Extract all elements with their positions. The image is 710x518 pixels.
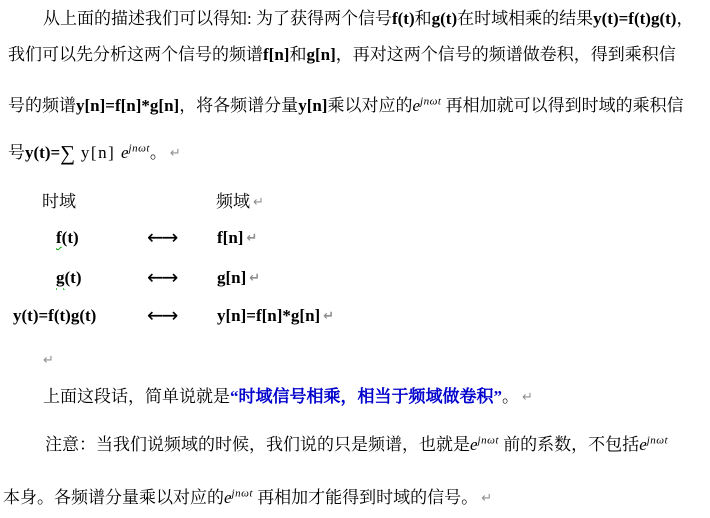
body-text: 上面这段话，简单说就是: [43, 387, 230, 406]
formula-convolution: y[n]=f[n]*g[n]: [76, 96, 179, 115]
body-text: ，将各频谱分量: [179, 96, 298, 115]
paragraph-mark-icon: ↵: [522, 390, 533, 405]
paragraph-1-line-2: 我们可以先分析这两个信号的频谱f[n]和g[n]，再对这两个信号的频谱做卷积，得…: [8, 44, 676, 65]
formula-g-t: g(t): [432, 9, 457, 28]
frequency-domain-header: 频域↵: [216, 191, 264, 212]
body-text: ，: [676, 9, 693, 28]
body-text: 我们可以先分析这两个信号的频谱: [8, 45, 263, 64]
body-text: 再相加就可以得到时域的乘积信: [441, 96, 683, 115]
formula-rest: y(t)=f(t)g(t): [13, 306, 96, 325]
body-text: 前的系数，不包括: [499, 435, 639, 454]
paragraph-mark-icon: ↵: [170, 146, 181, 161]
paragraph-mark-icon: ↵: [323, 309, 334, 324]
body-text: 再相加才能得到时域的信号。: [253, 488, 478, 507]
body-text: 号: [8, 143, 25, 162]
paragraph-mark-icon: ↵: [43, 353, 54, 368]
body-text: 注意：当我们说频域的时候，我们说的只是频谱，也就是: [45, 435, 470, 454]
time-domain-header: 时域: [42, 191, 76, 212]
body-text: 。: [150, 143, 167, 162]
spellcheck-squiggle: g: [56, 268, 65, 287]
header-label: 频域: [216, 192, 250, 211]
table-row: g(t) ←→ g[n]↵: [0, 267, 710, 287]
paragraph-summary: 上面这段话，简单说就是“时域信号相乘，相当于频域做卷积”。↵: [43, 386, 533, 407]
exponent-jnwt: jnωt: [129, 142, 150, 154]
exponent-jnwt: jnωt: [478, 434, 499, 446]
body-text: 在时域相乘的结果: [457, 9, 593, 28]
formula-rest: (t): [65, 268, 82, 287]
paragraph-1-line-3: 号的频谱y[n]=f[n]*g[n]，将各频谱分量y[n]乘以对应的ejnωt …: [8, 95, 684, 116]
formula-y-t-equals: y(t)=: [25, 143, 60, 162]
formula: f[n]: [217, 228, 243, 247]
formula-rest: (t): [62, 228, 79, 247]
equation-y-n: y[n]: [75, 143, 121, 162]
formula-f-n: f[n]: [263, 45, 289, 64]
paragraph-1-line-1: 从上面的描述我们可以得知: 为了获得两个信号f(t)和g(t)在时域相乘的结果y…: [43, 8, 693, 29]
body-text: 号的频谱: [8, 96, 76, 115]
body-text: 和: [415, 9, 432, 28]
time-domain-y: y(t)=f(t)g(t): [13, 305, 96, 326]
frequency-domain-g: g[n]↵: [217, 267, 260, 288]
body-text: 。: [502, 387, 519, 406]
formula-f-t: f(t): [392, 9, 415, 28]
table-row: f(t) ←→ f[n]↵: [0, 227, 710, 247]
time-domain-g: g(t): [56, 267, 81, 288]
formula-y-n: y[n]: [298, 96, 327, 115]
document-page: 从上面的描述我们可以得知: 为了获得两个信号f(t)和g(t)在时域相乘的结果y…: [0, 0, 710, 518]
euler-e: e: [639, 435, 647, 454]
formula-y-eq: y(t)=f(t)g(t): [593, 9, 676, 28]
paragraph-mark-icon: ↵: [249, 271, 260, 286]
highlighted-statement: “时域信号相乘，相当于频域做卷积”: [230, 387, 502, 406]
empty-paragraph: ↵: [40, 349, 54, 370]
time-domain-f: f(t): [56, 227, 79, 248]
exponent-jnwt: jnωt: [420, 95, 441, 107]
euler-e: e: [121, 143, 129, 162]
formula: y[n]=f[n]*g[n]: [217, 306, 320, 325]
bidirectional-arrow-icon: ←→: [147, 265, 177, 290]
paragraph-mark-icon: ↵: [253, 195, 264, 210]
euler-e: e: [224, 488, 232, 507]
body-text: 从上面的描述我们可以得知: 为了获得两个信号: [43, 9, 392, 28]
bidirectional-arrow-icon: ←→: [147, 225, 177, 250]
body-text: 和: [289, 45, 306, 64]
table-row: y(t)=f(t)g(t) ←→ y[n]=f[n]*g[n]↵: [0, 305, 710, 325]
frequency-domain-y: y[n]=f[n]*g[n]↵: [217, 305, 334, 326]
bidirectional-arrow-icon: ←→: [147, 303, 177, 328]
formula: g[n]: [217, 268, 246, 287]
sigma-sum-symbol: ∑: [60, 141, 75, 165]
paragraph-note-line-1: 注意：当我们说频域的时候，我们说的只是频谱，也就是ejnωt 前的系数，不包括e…: [45, 434, 668, 455]
body-text: 本身。各频谱分量乘以对应的: [3, 488, 224, 507]
paragraph-mark-icon: ↵: [481, 491, 492, 506]
exponent-jnwt: jnωt: [647, 434, 668, 446]
body-text: 乘以对应的: [327, 96, 412, 115]
euler-e: e: [412, 96, 420, 115]
table-header-row: 时域 频域↵: [0, 191, 710, 211]
exponent-jnwt: jnωt: [232, 487, 253, 499]
euler-e: e: [470, 435, 478, 454]
body-text: ，再对这两个信号的频谱做卷积，得到乘积信: [336, 45, 676, 64]
paragraph-note-line-2: 本身。各频谱分量乘以对应的ejnωt 再相加才能得到时域的信号。↵: [3, 487, 492, 508]
frequency-domain-f: f[n]↵: [217, 227, 257, 248]
paragraph-1-line-4: 号y(t)=∑ y[n] ejnωt。↵: [8, 142, 181, 163]
formula-g-n: g[n]: [306, 45, 335, 64]
paragraph-mark-icon: ↵: [246, 231, 257, 246]
